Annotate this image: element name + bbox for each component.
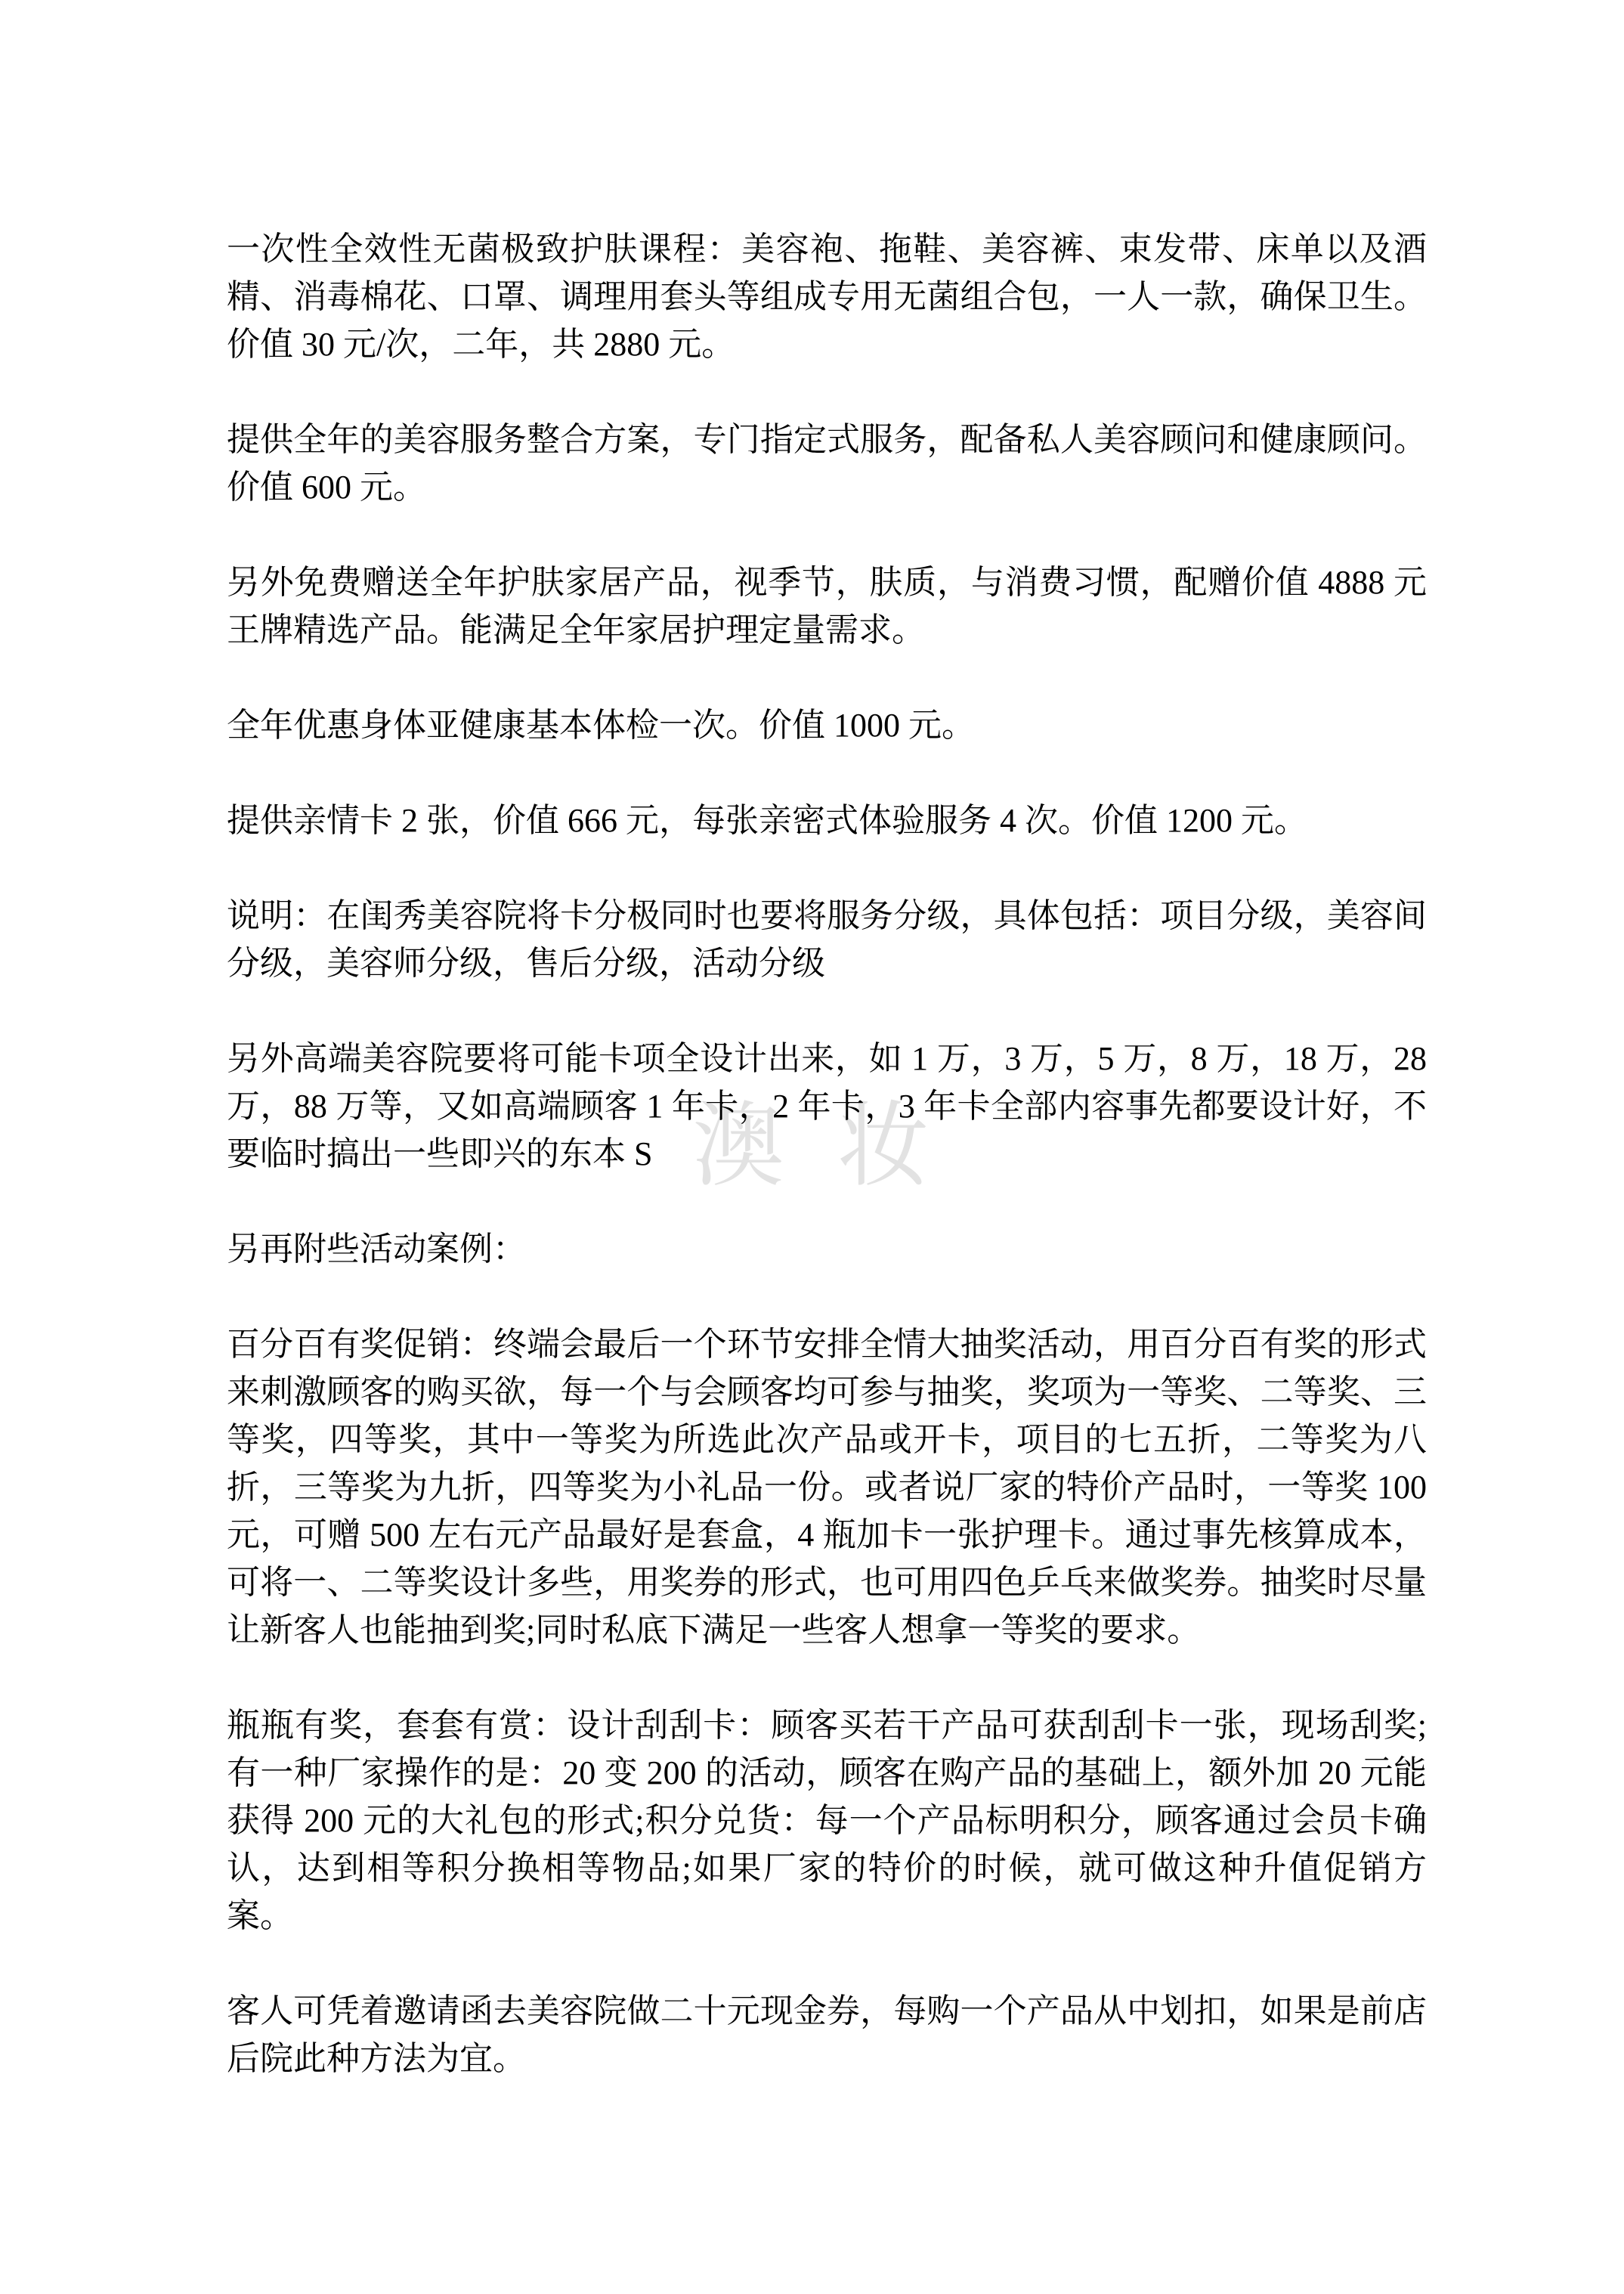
paragraph-sterile-skincare-course: 一次性全效性无菌极致护肤课程：美容袍、拖鞋、美容裤、束发带、床单以及酒精、消毒棉… <box>227 225 1427 368</box>
paragraph-yearly-service-plan: 提供全年的美容服务整合方案，专门指定式服务，配备私人美容顾问和健康顾问。价值 6… <box>227 416 1427 511</box>
paragraph-lottery-promotion: 百分百有奖促销：终端会最后一个环节安排全情大抽奖活动，用百分百有奖的形式来刺激顾… <box>227 1320 1427 1654</box>
paragraph-highend-card-design: 另外高端美容院要将可能卡项全设计出来，如 1 万，3 万，5 万，8 万，18 … <box>227 1035 1427 1178</box>
paragraph-invitation-cash-coupon: 客人可凭着邀请函去美容院做二十元现金券，每购一个产品从中划扣，如果是前店后院此种… <box>227 1987 1427 2082</box>
paragraph-health-checkup: 全年优惠身体亚健康基本体检一次。价值 1000 元。 <box>227 701 1427 749</box>
paragraph-family-cards: 提供亲情卡 2 张，价值 666 元，每张亲密式体验服务 4 次。价值 1200… <box>227 797 1427 844</box>
paragraph-free-home-products: 另外免费赠送全年护肤家居产品，视季节，肤质，与消费习惯，配赠价值 4888 元王… <box>227 559 1427 654</box>
paragraph-activity-cases-intro: 另再附些活动案例： <box>227 1225 1427 1273</box>
document-body: 一次性全效性无菌极致护肤课程：美容袍、拖鞋、美容裤、束发带、床单以及酒精、消毒棉… <box>227 225 1427 2082</box>
paragraph-card-grading-note: 说明：在闺秀美容院将卡分极同时也要将服务分级，具体包括：项目分级，美容间分级，美… <box>227 892 1427 987</box>
paragraph-scratch-card-promotion: 瓶瓶有奖，套套有赏：设计刮刮卡：顾客买若干产品可获刮刮卡一张，现场刮奖;有一种厂… <box>227 1701 1427 1940</box>
document-page: 澳妆 一次性全效性无菌极致护肤课程：美容袍、拖鞋、美容裤、束发带、床单以及酒精、… <box>0 0 1624 2294</box>
